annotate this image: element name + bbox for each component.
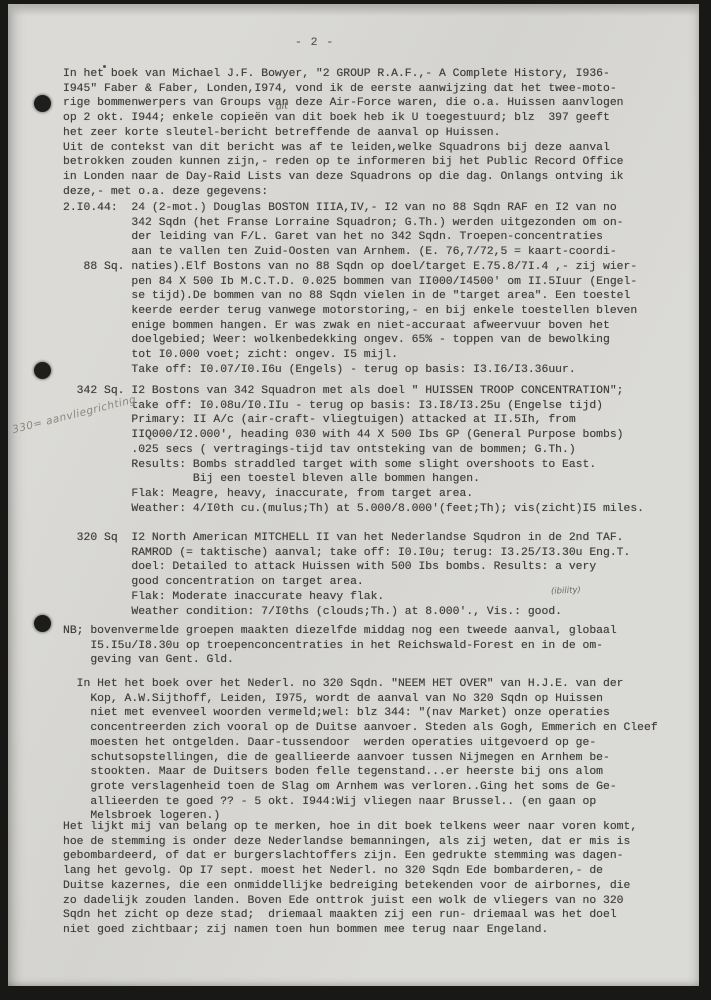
page-number: - 2 - [295, 36, 334, 51]
squadron-320-entry: 320 Sq I2 North American MITCHELL II van… [63, 531, 630, 619]
handwritten-correction-ibility: (ibility) [551, 585, 581, 597]
closing-paragraph: Het lijkt mij van belang op te merken, h… [63, 820, 637, 938]
raid-entry-2-10-44: 2.I0.44: 24 (2-mot.) Douglas BOSTON IIIA… [63, 201, 637, 377]
squadron-342-entry: 342 Sq. I2 Bostons van 342 Squadron met … [63, 384, 644, 516]
nb-note-paragraph: NB; bovenvermelde groepen maakten diezel… [63, 624, 617, 668]
hole-punch-top [34, 95, 51, 112]
intro-paragraph: In het boek van Michael J.F. Bowyer, "2 … [63, 67, 624, 199]
scanned-document-page: { "page": { "number": "- 2 -" }, "colors… [0, 0, 711, 1000]
book-320-paragraph: In Het het boek over het Nederl. no 320 … [63, 677, 658, 824]
hole-punch-middle [34, 362, 51, 379]
handwritten-correction-uit: uit [276, 101, 289, 112]
hole-punch-bottom [34, 615, 51, 632]
